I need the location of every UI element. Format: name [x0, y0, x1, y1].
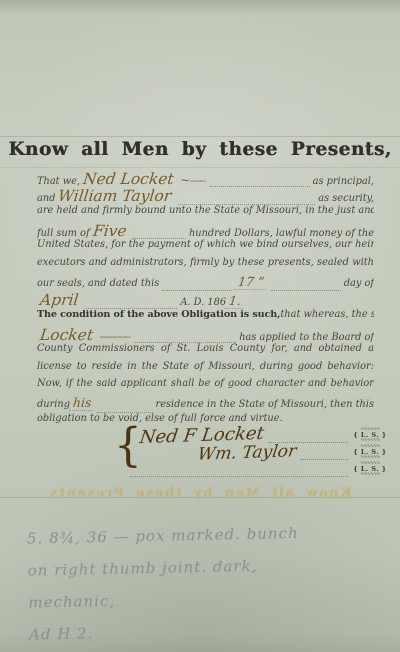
document-line: our seals, and dated this17 ”day of: [37, 274, 374, 291]
seal-ornament: ∿∿∿∿∿∿: [352, 473, 388, 478]
paper-crease: [0, 136, 400, 137]
printed-text: day of: [344, 278, 374, 289]
document-line: full sum ofFivehundred Dollars, lawful m…: [37, 222, 374, 239]
document-line: Locket⎯⎯⎯⎯⎯⎯has applied to the Board of: [37, 326, 374, 343]
document-line: County Commissioners of St. Louis County…: [37, 343, 374, 360]
bleed-through-title: Know all Men by these Presents: [0, 486, 400, 501]
document-line: andWilliam Tayloras security,: [37, 187, 374, 204]
paper-crease: [0, 167, 400, 168]
seal-ornament: ∿∿∿∿∿∿: [352, 439, 388, 444]
document-line: The condition of the above Obligation is…: [37, 309, 374, 326]
document-line: duringhisresidence in the State of Misso…: [37, 395, 374, 412]
document-line: are held and firmly bound unto the State…: [37, 205, 374, 222]
signature-dotted-line: [130, 473, 348, 477]
handwritten-flourish: ~⎯⎯⎯: [176, 173, 208, 187]
printed-text: that whereas, the said: [280, 309, 374, 320]
blank-dotted-line: [210, 182, 310, 187]
signature-row: Ned F Locket ∿∿∿∿∿∿ { L. S. } ∿∿∿∿∿∿: [126, 426, 388, 443]
handwritten-text: Five: [88, 222, 130, 239]
printed-text: That we,: [37, 176, 80, 187]
handwritten-flourish: ⎯⎯⎯⎯⎯⎯: [95, 329, 133, 343]
printed-text: full sum of: [37, 228, 90, 239]
document-line: license to reside in the State of Missou…: [37, 361, 374, 378]
printed-text: and: [37, 193, 55, 204]
document-line: United States, for the payment of which …: [37, 239, 374, 256]
seal-ls: ∿∿∿∿∿∿ { L. S. } ∿∿∿∿∿∿: [352, 428, 388, 444]
printed-text: our seals, and dated this: [37, 278, 159, 289]
handwritten-text: 1.: [225, 293, 245, 308]
signature-block: Ned F Locket ∿∿∿∿∿∿ { L. S. } ∿∿∿∿∿∿ Wm.…: [126, 426, 388, 477]
seal-ornament: ∿∿∿∿∿∿: [352, 456, 388, 461]
printed-text: as security,: [318, 193, 374, 204]
blank-dotted-line: [162, 286, 232, 291]
handwritten-text: Locket: [37, 326, 97, 343]
printed-text: hundred Dollars, lawful money of the: [189, 228, 374, 239]
printed-text: A. D. 186: [180, 297, 226, 308]
document-line: executors and administrators, firmly by …: [37, 257, 374, 274]
document-line: Now, if the said applicant shall be of g…: [37, 378, 374, 395]
document-body: That we,Ned Locket~⎯⎯⎯as principal,andWi…: [37, 170, 374, 430]
printed-text: executors and administrators, firmly by …: [37, 257, 374, 268]
pencil-notes: 5. 8¾, 36 — pox marked. bunch on right t…: [27, 515, 382, 650]
printed-text: Now, if the said applicant shall be of g…: [37, 378, 374, 389]
document-line: That we,Ned Locket~⎯⎯⎯as principal,: [37, 170, 374, 187]
printed-text: during: [37, 399, 70, 410]
printed-text: has applied to the Board of: [239, 332, 374, 343]
document-line: AprilA. D. 1861.: [37, 291, 374, 308]
handwritten-text: his: [69, 395, 95, 411]
document-photo: Know all Men by these Presents, That we,…: [0, 0, 400, 652]
seal-ls: ∿∿∿∿∿∿ { L. S. } ∿∿∿∿∿∿: [352, 445, 388, 461]
printed-text: United States, for the payment of which …: [37, 239, 374, 250]
handwritten-text: 17 ”: [234, 274, 268, 290]
signature-security: Wm. Taylor: [197, 444, 297, 461]
printed-text: residence in the State of Missouri, then…: [156, 399, 374, 410]
handwritten-text: William Taylor: [54, 187, 176, 204]
pencil-note-line: Ad H 2.: [29, 611, 382, 650]
blank-dotted-line: [271, 286, 341, 291]
document-title: Know all Men by these Presents,: [0, 139, 400, 160]
signature-dotted-line: [300, 456, 348, 460]
printed-bold-text: The condition of the above Obligation is…: [37, 309, 280, 320]
seal-ls: ∿∿∿∿∿∿ { L. S. } ∿∿∿∿∿∿: [352, 462, 388, 478]
printed-text: license to reside in the State of Missou…: [37, 361, 374, 372]
printed-text: obligation to be void, else of full forc…: [37, 413, 283, 424]
handwritten-text: Ned Locket: [79, 170, 178, 187]
handwritten-text: April: [37, 291, 83, 308]
printed-text: County Commissioners of St. Louis County…: [37, 343, 374, 354]
printed-text: are held and firmly bound unto the State…: [37, 205, 374, 216]
printed-text: as principal,: [313, 176, 374, 187]
